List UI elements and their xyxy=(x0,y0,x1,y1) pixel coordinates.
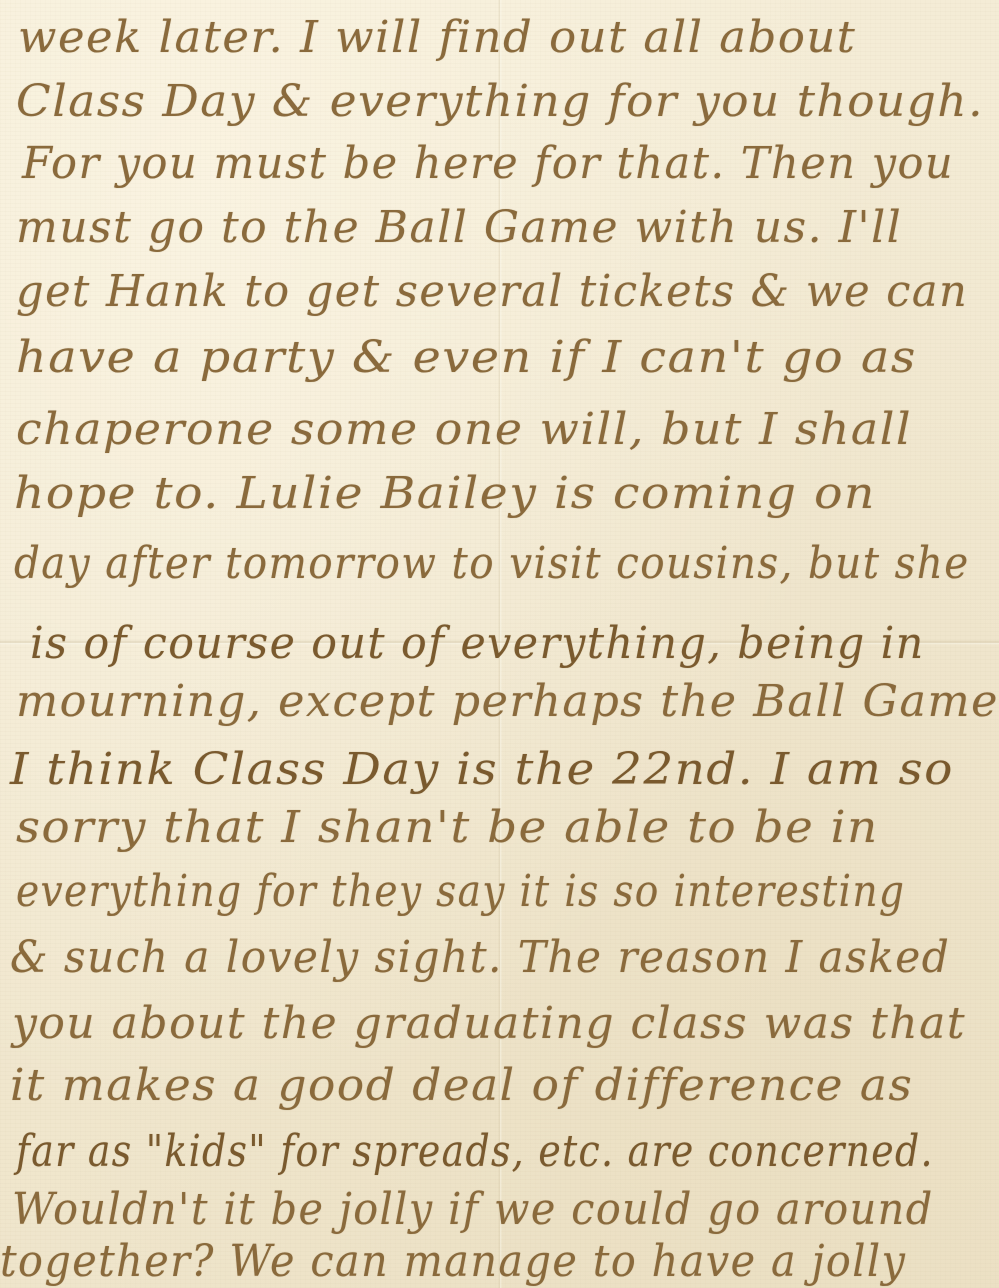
letter-line-3: For you must be here for that. Then you xyxy=(22,134,954,194)
letter-line-17: it makes a good deal of difference as xyxy=(10,1056,913,1116)
letter-line-2: Class Day & everything for you though. xyxy=(16,72,984,132)
letter-line-14: everything for they say it is so interes… xyxy=(16,862,905,922)
letter-line-4: must go to the Ball Game with us. I'll xyxy=(16,198,902,258)
letter-line-9: day after tomorrow to visit cousins, but… xyxy=(14,534,970,594)
handwritten-text: week later. I will find out all about Cl… xyxy=(0,0,999,1288)
letter-line-12: I think Class Day is the 22nd. I am so xyxy=(10,740,954,800)
letter-line-1: week later. I will find out all about xyxy=(18,8,856,68)
letter-line-16: you about the graduating class was that xyxy=(12,994,966,1054)
letter-line-7: chaperone some one will, but I shall xyxy=(16,400,912,460)
letter-line-15: & such a lovely sight. The reason I aske… xyxy=(10,928,950,988)
letter-line-19: Wouldn't it be jolly if we could go arou… xyxy=(12,1180,934,1240)
letter-line-20: together? We can manage to have a jolly xyxy=(0,1232,906,1288)
letter-line-10: is of course out of everything, being in xyxy=(30,614,925,674)
letter-line-18: far as "kids" for spreads, etc. are conc… xyxy=(16,1122,934,1182)
letter-line-5: get Hank to get several tickets & we can xyxy=(16,262,968,322)
letter-line-13: sorry that I shan't be able to be in xyxy=(16,798,879,858)
letter-page: week later. I will find out all about Cl… xyxy=(0,0,999,1288)
letter-line-11: mourning, except perhaps the Ball Game. xyxy=(16,672,999,732)
letter-line-8: hope to. Lulie Bailey is coming on xyxy=(14,464,876,524)
letter-line-6: have a party & even if I can't go as xyxy=(16,328,917,388)
